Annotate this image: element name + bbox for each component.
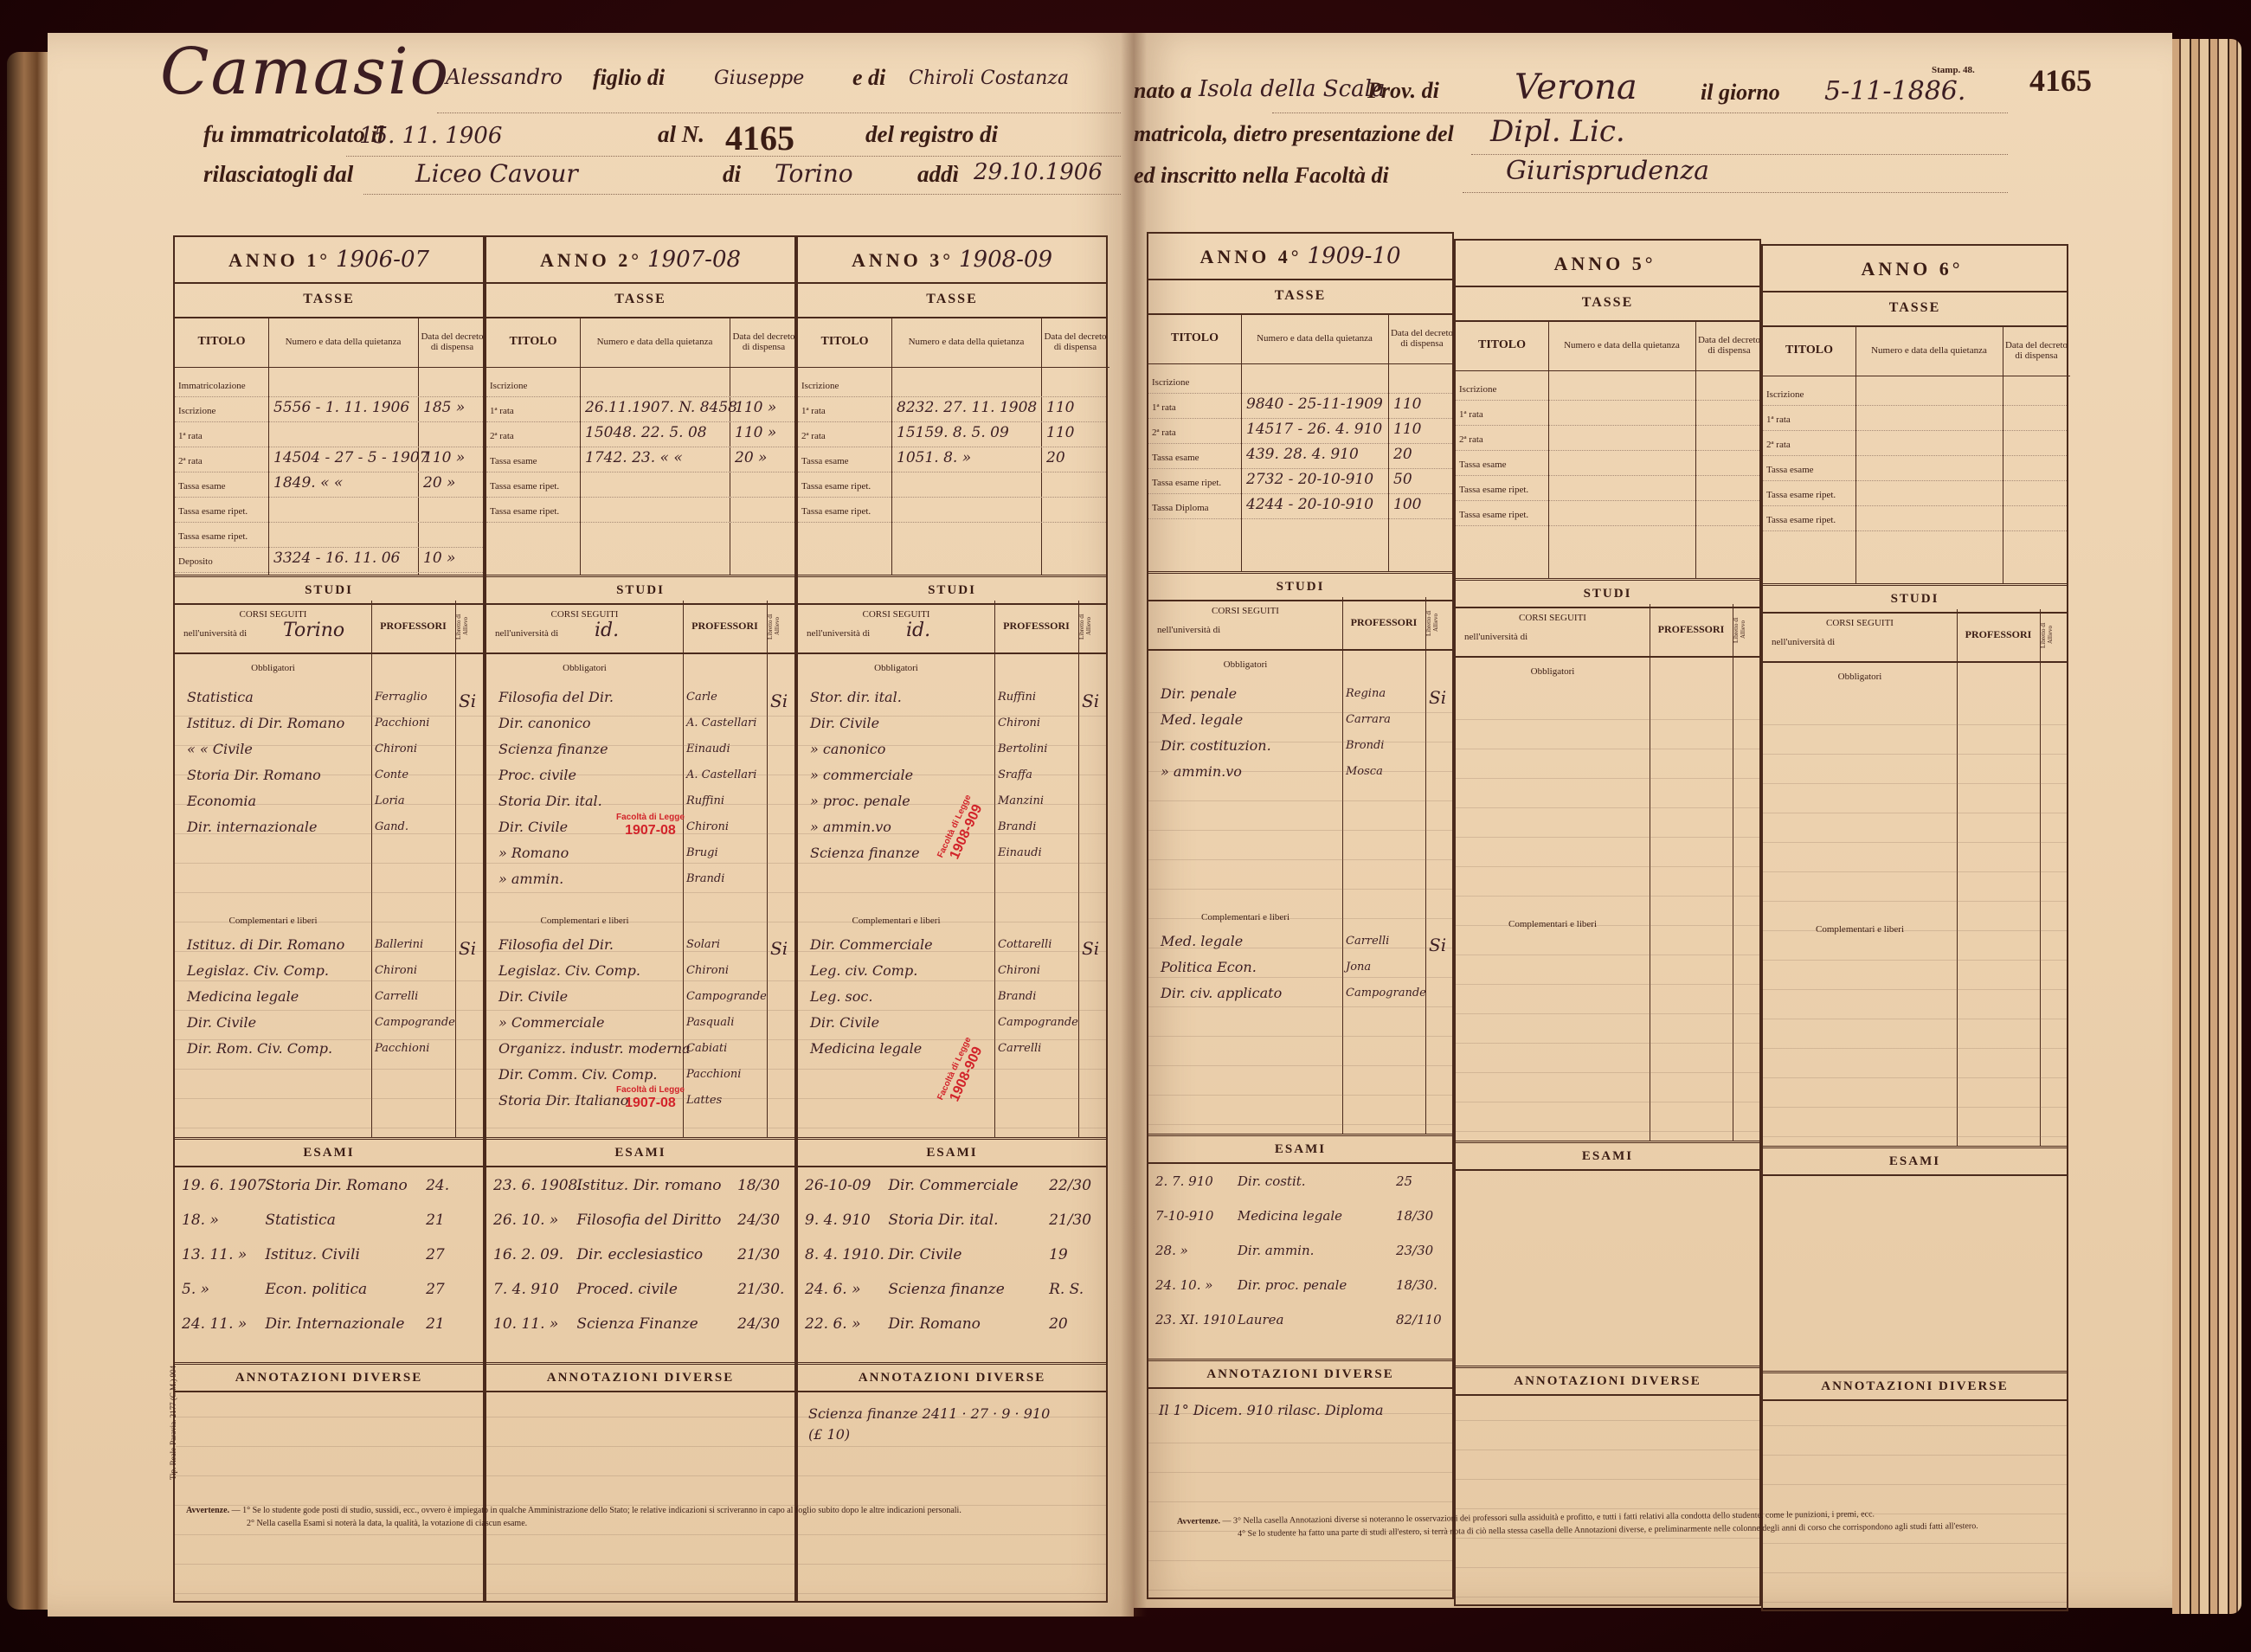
complementary-professor: Carrelli	[998, 1042, 1041, 1055]
complementary-course: Dir. Rom. Civ. Comp.	[187, 1040, 332, 1057]
province-label: Prov. di	[1367, 78, 1439, 104]
university-name: id.	[595, 620, 619, 641]
fee-amount: 20	[1046, 449, 1065, 466]
titolo-header: TITOLO	[175, 317, 268, 368]
number-label: al N.	[658, 121, 704, 148]
exam-date: 7. 4. 910	[493, 1281, 576, 1298]
fee-row: 1ª rata9840 - 25-11-1909110	[1148, 395, 1452, 419]
exam-subject: Proced. civile	[576, 1281, 737, 1298]
esami-header: ESAMI	[1148, 1134, 1452, 1164]
fee-receipt: 3324 - 16. 11. 06	[273, 550, 400, 567]
stamp-line-2: 1907-08	[616, 1096, 685, 1111]
year-title: ANNO 1°1906-07	[175, 237, 483, 284]
complementary-professor: Campogrande	[998, 1016, 1078, 1029]
fee-row: 1ª rata	[175, 424, 483, 447]
issued-label: rilasciatogli dal	[203, 161, 353, 188]
libretto-header: Libretto di Allievo	[1078, 606, 1109, 647]
complementari-label: Complementari e liberi	[175, 916, 371, 926]
exam-date: 7-10-910	[1155, 1208, 1238, 1224]
book-edge-left	[7, 52, 50, 1610]
mandatory-course: Dir. internazionale	[187, 819, 317, 835]
complementary-course: Filosofia del Dir.	[498, 936, 614, 953]
libretto-header: Libretto di Allievo	[1425, 602, 1456, 644]
fee-amount: 110 »	[735, 424, 776, 441]
exam-row: 26. 10. »Filosofia del Diritto24/30	[493, 1212, 791, 1229]
book-edge-right	[2172, 39, 2241, 1614]
quietanza-header: Numero e data della quietanza	[891, 317, 1041, 368]
corsi-header: CORSI SEGUITI	[798, 609, 994, 620]
fee-label: 2ª rata	[1766, 440, 1791, 450]
complementary-professor: Chironi	[375, 964, 417, 977]
studi-columns: CORSI SEGUITInell'università diid.PROFES…	[798, 601, 1106, 654]
tasse-header: TASSE	[798, 282, 1106, 318]
mandatory-professor: Chironi	[375, 742, 417, 755]
fee-amount: 110	[1393, 421, 1421, 438]
exam-subject: Dir. Internazionale	[265, 1315, 426, 1333]
titolo-header: TITOLO	[486, 317, 580, 368]
fee-receipt: 439. 28. 4. 910	[1246, 446, 1359, 463]
fee-amount: 20 »	[423, 474, 455, 492]
exam-grade: 21/30.	[737, 1281, 784, 1298]
fee-amount: 110 »	[735, 399, 776, 416]
fee-label: Tassa esame	[1152, 453, 1199, 463]
decreto-header: Data del decreto di dispensa	[1695, 320, 1763, 371]
birthdate: 5-11-1886.	[1824, 76, 1965, 106]
mandatory-professor: Gand.	[375, 820, 408, 833]
exam-row: 28. »Dir. ammin.23/30	[1155, 1243, 1449, 1258]
exam-grade: R. S.	[1049, 1281, 1084, 1298]
fee-label: Iscrizione	[178, 406, 215, 416]
year-block-3: ANNO 3°1908-09TASSETITOLONumero e data d…	[796, 235, 1108, 1603]
fee-label: Tassa esame	[1766, 465, 1814, 475]
fee-label: Tassa esame ripet.	[801, 506, 871, 517]
issued-by: Liceo Cavour	[415, 159, 578, 188]
exam-grade: 25	[1396, 1173, 1412, 1189]
fee-label: 2ª rata	[1152, 427, 1176, 438]
stamp-line-1: Facoltà di Legge	[616, 813, 685, 823]
mandatory-professor: Loria	[375, 794, 405, 807]
exam-grade: 23/30	[1396, 1243, 1433, 1258]
city-label: di	[723, 161, 741, 188]
libretto-header: Libretto di Allievo	[455, 606, 486, 647]
titolo-header: TITOLO	[798, 317, 891, 368]
fee-row: Tassa esame ripet.	[1456, 503, 1759, 526]
fee-label: 1ª rata	[1459, 409, 1483, 420]
exam-grade: 18/30	[1396, 1208, 1433, 1224]
fee-row: 1ª rata26.11.1907. N. 8458110 »	[486, 399, 794, 422]
complementari-label: Complementari e liberi	[486, 916, 683, 926]
exam-subject: Scienza Finanze	[576, 1315, 737, 1333]
year-title: ANNO 6°	[1763, 246, 2067, 292]
exam-grade: 20	[1049, 1315, 1068, 1333]
fee-label: 1ª rata	[490, 406, 514, 416]
fee-receipt: 26.11.1907. N. 8458	[585, 399, 737, 416]
complementary-mark: Si	[770, 938, 788, 959]
exam-date: 13. 11. »	[182, 1246, 265, 1263]
complementary-course: Leg. civ. Comp.	[810, 962, 917, 979]
fee-row: Iscrizione	[486, 374, 794, 397]
obbligatori-label: Obbligatori	[486, 663, 683, 673]
professori-header: PROFESSORI	[1342, 616, 1425, 629]
complementary-course: Dir. Civile	[498, 988, 568, 1005]
complementary-course: Dir. Commerciale	[810, 936, 933, 953]
exam-row: 23. 6. 1908.Istituz. Dir. romano18/30	[493, 1177, 791, 1194]
fee-row: 1ª rata	[1456, 402, 1759, 426]
birthplace: Isola della Scala	[1199, 76, 1385, 102]
fee-label: Tassa Diploma	[1152, 503, 1209, 513]
fee-label: Iscrizione	[1459, 384, 1496, 395]
mandatory-professor: Carle	[686, 691, 717, 704]
fee-label: Tassa esame	[490, 456, 537, 466]
obbligatori-label: Obbligatori	[798, 663, 994, 673]
fee-row: Tassa esame ripet.	[1763, 483, 2067, 506]
student-surname: Camasio	[160, 35, 450, 109]
mandatory-professor: Manzini	[998, 794, 1044, 807]
mandatory-mark: Si	[770, 691, 788, 711]
fee-label: Tassa esame	[178, 481, 226, 492]
exam-date: 23. 6. 1908.	[493, 1177, 576, 1194]
exam-row: 13. 11. »Istituz. Civili27	[182, 1246, 479, 1263]
complementary-professor: Cottarelli	[998, 938, 1052, 951]
exam-row: 24. 11. »Dir. Internazionale21	[182, 1315, 479, 1333]
fee-row: Immatricolazione	[175, 374, 483, 397]
complementary-course: Dir. civ. applicato	[1161, 985, 1282, 1001]
universita-label: nell'università di	[1157, 625, 1220, 635]
obbligatori-label: Obbligatori	[175, 663, 371, 673]
year-label: ANNO 1°	[228, 249, 331, 271]
form-code: Stamp. 48.	[1932, 65, 1975, 75]
book-gutter	[1121, 33, 1147, 1617]
fee-label: Tassa esame ripet.	[801, 481, 871, 492]
mandatory-professor: Brugi	[686, 846, 718, 859]
obbligatori-label: Obbligatori	[1763, 672, 1957, 682]
ruled-area	[1763, 696, 2067, 1146]
studi-columns: CORSI SEGUITInell'università diPROFESSOR…	[1148, 597, 1452, 651]
titolo-header: TITOLO	[1456, 320, 1548, 371]
libretto-header: Libretto di Allievo	[767, 606, 798, 647]
fee-amount: 50	[1393, 471, 1412, 488]
exam-date: 2. 7. 910	[1155, 1173, 1238, 1189]
studi-columns: CORSI SEGUITInell'università diTorinoPRO…	[175, 601, 483, 654]
complementary-course: Organizz. industr. moderna	[498, 1040, 691, 1057]
province: Verona	[1515, 67, 1637, 107]
fee-row: 2ª rata15159. 8. 5. 09110	[798, 424, 1106, 447]
mandatory-course: Stor. dir. ital.	[810, 689, 902, 705]
obbligatori-label: Obbligatori	[1456, 666, 1650, 677]
annotation-note: Scienza finanze 2411 · 27 · 9 · 910	[808, 1405, 1050, 1422]
year-label: ANNO 6°	[1861, 258, 1963, 280]
titolo-header: TITOLO	[1763, 325, 1855, 376]
complementary-professor: Campogrande	[686, 990, 767, 1003]
exam-grade: 21	[426, 1212, 445, 1229]
fee-amount: 110	[1046, 424, 1074, 441]
exam-grade: 24/30	[737, 1212, 780, 1229]
fee-label: Iscrizione	[1152, 377, 1189, 388]
fee-label: Tassa esame ripet.	[1152, 478, 1221, 488]
complementari-label: Complementari e liberi	[1148, 912, 1342, 922]
mandatory-course: » commerciale	[810, 767, 913, 783]
exam-row: 8. 4. 1910.Dir. Civile19	[805, 1246, 1103, 1263]
exam-row: 5. »Econ. politica27	[182, 1281, 479, 1298]
exam-grade: 27	[426, 1246, 445, 1263]
fee-row: Tassa esame1849. « «20 »	[175, 474, 483, 498]
year-title: ANNO 5°	[1456, 241, 1759, 287]
complementari-label: Complementari e liberi	[1763, 924, 1957, 935]
mandatory-professor: Pacchioni	[375, 717, 429, 730]
professori-header: PROFESSORI	[1650, 623, 1733, 636]
exam-subject: Dir. proc. penale	[1238, 1277, 1396, 1293]
complementary-professor: Pasquali	[686, 1016, 734, 1029]
fee-label: 1ª rata	[1152, 402, 1176, 413]
complementary-professor: Carrelli	[375, 990, 418, 1003]
complementary-professor: Chironi	[998, 964, 1040, 977]
fee-row: 2ª rata15048. 22. 5. 08110 »	[486, 424, 794, 447]
fee-amount: 100	[1393, 496, 1421, 513]
corsi-header: CORSI SEGUITI	[486, 609, 683, 620]
esami-header: ESAMI	[486, 1137, 794, 1167]
mandatory-course: Istituz. di Dir. Romano	[187, 715, 344, 731]
decreto-header: Data del decreto di dispensa	[1041, 317, 1109, 368]
exam-subject: Laurea	[1238, 1312, 1396, 1327]
exam-subject: Econ. politica	[265, 1281, 426, 1298]
exam-subject: Dir. Commerciale	[888, 1177, 1049, 1194]
fee-label: Immatricolazione	[178, 381, 246, 391]
complementary-course: Med. legale	[1161, 933, 1243, 949]
esami-header: ESAMI	[175, 1137, 483, 1167]
year-title: ANNO 2°1907-08	[486, 237, 794, 284]
mandatory-professor: A. Castellari	[686, 768, 756, 781]
exam-date: 28. »	[1155, 1243, 1238, 1258]
exam-row: 26-10-09Dir. Commerciale22/30	[805, 1177, 1103, 1194]
exam-subject: Filosofia del Diritto	[576, 1212, 737, 1229]
professori-header: PROFESSORI	[371, 620, 455, 633]
mandatory-professor: Ruffini	[998, 691, 1036, 704]
register-number: 4165	[725, 118, 794, 158]
complementari-label: Complementari e liberi	[1456, 919, 1650, 929]
tasse-header: TASSE	[486, 282, 794, 318]
ruled-area	[1456, 691, 1759, 1141]
exam-grade: 22/30	[1049, 1177, 1091, 1194]
complementary-course: Istituz. di Dir. Romano	[187, 936, 344, 953]
year-handwritten: 1906-07	[336, 247, 429, 273]
year-label: ANNO 4°	[1199, 246, 1302, 267]
mandatory-professor: Ferraglio	[375, 691, 428, 704]
fee-row: Iscrizione5556 - 1. 11. 1906185 »	[175, 399, 483, 422]
exam-date: 22. 6. »	[805, 1315, 888, 1333]
fee-row: 2ª rata14504 - 27 - 5 - 1907110 »	[175, 449, 483, 472]
exam-subject: Dir. costit.	[1238, 1173, 1396, 1189]
exam-date: 9. 4. 910	[805, 1212, 888, 1229]
exam-subject: Storia Dir. Romano	[265, 1177, 426, 1194]
complementary-mark: Si	[1429, 935, 1446, 955]
issued-date: 29.10.1906	[974, 159, 1103, 185]
tasse-header: TASSE	[175, 282, 483, 318]
mandatory-course: Storia Dir. Romano	[187, 767, 321, 783]
fee-label: Tassa esame ripet.	[490, 481, 559, 492]
fee-amount: 10 »	[423, 550, 455, 567]
complementary-professor: Lattes	[686, 1094, 722, 1107]
mandatory-course: » ammin.vo	[1161, 763, 1242, 780]
mandatory-course: Scienza finanze	[810, 845, 920, 861]
year-handwritten: 1909-10	[1308, 243, 1401, 269]
faculty: Giurisprudenza	[1506, 156, 1709, 186]
issued-date-label: addì	[917, 161, 959, 188]
diploma: Dipl. Lic.	[1490, 114, 1625, 149]
birthplace-label: nato a	[1134, 78, 1192, 104]
year-block-6: ANNO 6°TASSETITOLONumero e data della qu…	[1761, 244, 2068, 1611]
mandatory-course: » Romano	[498, 845, 569, 861]
mandatory-professor: Bertolini	[998, 742, 1047, 755]
fee-receipt: 2732 - 20-10-910	[1246, 471, 1373, 488]
exam-row: 23. XI. 1910Laurea82/110	[1155, 1312, 1449, 1327]
fee-row: 2ª rata	[1763, 433, 2067, 456]
ruled-area	[1763, 1397, 2067, 1611]
fee-label: 2ª rata	[801, 431, 826, 441]
exam-grade: 24.	[426, 1177, 449, 1194]
esami-header: ESAMI	[1456, 1141, 1759, 1171]
fee-label: Tassa esame ripet.	[1766, 515, 1836, 525]
mandatory-course: » proc. penale	[810, 793, 910, 809]
exam-date: 19. 6. 1907.	[182, 1177, 265, 1194]
fee-label: 2ª rata	[1459, 434, 1483, 445]
fee-label: 2ª rata	[178, 456, 203, 466]
complementary-professor: Pacchioni	[686, 1068, 741, 1081]
exam-date: 8. 4. 1910.	[805, 1246, 888, 1263]
mandatory-course: Economia	[187, 793, 256, 809]
year-label: ANNO 5°	[1553, 253, 1656, 274]
professori-header: PROFESSORI	[1957, 628, 2040, 641]
decreto-header: Data del decreto di dispensa	[730, 317, 798, 368]
esami-header: ESAMI	[798, 1137, 1106, 1167]
exam-grade: 21	[426, 1315, 445, 1333]
father-name: Giuseppe	[714, 67, 804, 89]
exam-row: 24. 10. »Dir. proc. penale18/30.	[1155, 1277, 1449, 1293]
fee-row: Tassa esame ripet.	[798, 499, 1106, 523]
ruled-area	[486, 1388, 794, 1603]
fee-label: Iscrizione	[490, 381, 527, 391]
exam-subject: Dir. ammin.	[1238, 1243, 1396, 1258]
corsi-header: CORSI SEGUITI	[1763, 618, 1957, 628]
footnote-left-2: 2° Nella casella Esami si noterà la data…	[247, 1519, 527, 1528]
libretto-header: Libretto di Allievo	[2040, 614, 2070, 656]
fee-label: Tassa esame	[1459, 460, 1507, 470]
fee-row: Tassa esame	[1763, 458, 2067, 481]
complementary-professor: Solari	[686, 938, 720, 951]
fee-receipt: 1742. 23. « «	[585, 449, 683, 466]
exam-row: 22. 6. »Dir. Romano20	[805, 1315, 1103, 1333]
professori-header: PROFESSORI	[683, 620, 767, 633]
mandatory-course: Filosofia del Dir.	[498, 689, 614, 705]
fee-receipt: 15048. 22. 5. 08	[585, 424, 707, 441]
studi-columns: CORSI SEGUITInell'università diPROFESSOR…	[1456, 604, 1759, 658]
complementary-course: Legislaz. Civ. Comp.	[498, 962, 640, 979]
fee-row: Tassa esame ripet.	[175, 524, 483, 548]
complementary-professor: Brandi	[998, 990, 1036, 1003]
obbligatori-label: Obbligatori	[1148, 659, 1342, 670]
exam-date: 24. 6. »	[805, 1281, 888, 1298]
faculty-stamp: Facoltà di Legge1907-08	[616, 813, 685, 839]
mandatory-course: Med. legale	[1161, 711, 1243, 728]
fee-row: 2ª rata14517 - 26. 4. 910110	[1148, 421, 1452, 444]
complementary-course: » Commerciale	[498, 1014, 604, 1031]
mandatory-professor: Conte	[375, 768, 408, 781]
mandatory-professor: Brandi	[686, 872, 724, 885]
year-label: ANNO 2°	[540, 249, 642, 271]
exam-row: 7-10-910Medicina legale18/30	[1155, 1208, 1449, 1224]
year-title: ANNO 3°1908-09	[798, 237, 1106, 284]
fee-row: 2ª rata	[1456, 427, 1759, 451]
fee-amount: 110	[1046, 399, 1074, 416]
exam-date: 26-10-09	[805, 1177, 888, 1194]
fee-amount: 185 »	[423, 399, 465, 416]
mandatory-professor: Brandi	[998, 820, 1036, 833]
mandatory-professor: A. Castellari	[686, 717, 756, 730]
fee-row: Tassa esame ripet.	[1763, 508, 2067, 531]
mandatory-professor: Chironi	[998, 717, 1040, 730]
complementary-mark: Si	[1082, 938, 1099, 959]
enrolled-label: fu immatricolato il	[203, 121, 384, 148]
fee-row: Tassa esame ripet.	[175, 499, 483, 523]
complementary-professor: Pacchioni	[375, 1042, 429, 1055]
year-title: ANNO 4°1909-10	[1148, 234, 1452, 280]
exam-subject: Medicina legale	[1238, 1208, 1396, 1224]
mandatory-course: Storia Dir. ital.	[498, 793, 602, 809]
mandatory-course: » ammin.vo	[810, 819, 891, 835]
complementary-professor: Jona	[1346, 961, 1371, 974]
fee-row: 1ª rata8232. 27. 11. 1908110	[798, 399, 1106, 422]
exam-row: 9. 4. 910Storia Dir. ital.21/30	[805, 1212, 1103, 1229]
complementary-course: Dir. Civile	[187, 1014, 256, 1031]
mandatory-course: Proc. civile	[498, 767, 576, 783]
year-block-4: ANNO 4°1909-10TASSETITOLONumero e data d…	[1147, 232, 1454, 1599]
complementary-professor: Campogrande	[1346, 987, 1426, 1000]
libretto-header: Libretto di Allievo	[1733, 609, 1763, 651]
printer-credit: Tip. Reale-Paravia. 2177 (C.M.) 904	[169, 1366, 177, 1480]
fee-amount: 110	[1393, 395, 1421, 413]
exam-row: 19. 6. 1907.Storia Dir. Romano24.	[182, 1177, 479, 1194]
complementary-professor: Campogrande	[375, 1016, 455, 1029]
mandatory-course: Dir. Civile	[498, 819, 568, 835]
exam-date: 18. »	[182, 1212, 265, 1229]
fee-label: Deposito	[178, 556, 213, 567]
city: Torino	[775, 159, 853, 188]
complementary-course: Storia Dir. Italiano	[498, 1092, 628, 1109]
mother-name: Chiroli Costanza	[909, 67, 1069, 89]
mandatory-professor: Mosca	[1346, 765, 1383, 778]
fee-label: Iscrizione	[1766, 389, 1804, 400]
universita-label: nell'università di	[807, 628, 870, 639]
exam-date: 26. 10. »	[493, 1212, 576, 1229]
mandatory-professor: Einaudi	[686, 742, 730, 755]
fee-label: Tassa esame ripet.	[178, 531, 248, 542]
fee-receipt: 8232. 27. 11. 1908	[897, 399, 1037, 416]
quietanza-header: Numero e data della quietanza	[1548, 320, 1695, 371]
fee-row: 1ª rata	[1763, 408, 2067, 431]
exam-grade: 18/30.	[1396, 1277, 1437, 1293]
fee-label: Tassa esame ripet.	[490, 506, 559, 517]
fee-label: Tassa esame	[801, 456, 849, 466]
mandatory-course: Scienza finanze	[498, 741, 608, 757]
fee-row: Tassa esame1051. 8. »20	[798, 449, 1106, 472]
complementary-course: Medicina legale	[187, 988, 299, 1005]
mandatory-course: Dir. costituzion.	[1161, 737, 1271, 754]
exam-date: 24. 10. »	[1155, 1277, 1238, 1293]
exam-grade: 27	[426, 1281, 445, 1298]
exam-row: 16. 2. 09.Dir. ecclesiastico21/30	[493, 1246, 791, 1263]
year-block-5: ANNO 5°TASSETITOLONumero e data della qu…	[1454, 239, 1761, 1606]
exam-subject: Istituz. Dir. romano	[576, 1177, 737, 1194]
enrolled-date: 15. 11. 1906	[359, 123, 502, 149]
